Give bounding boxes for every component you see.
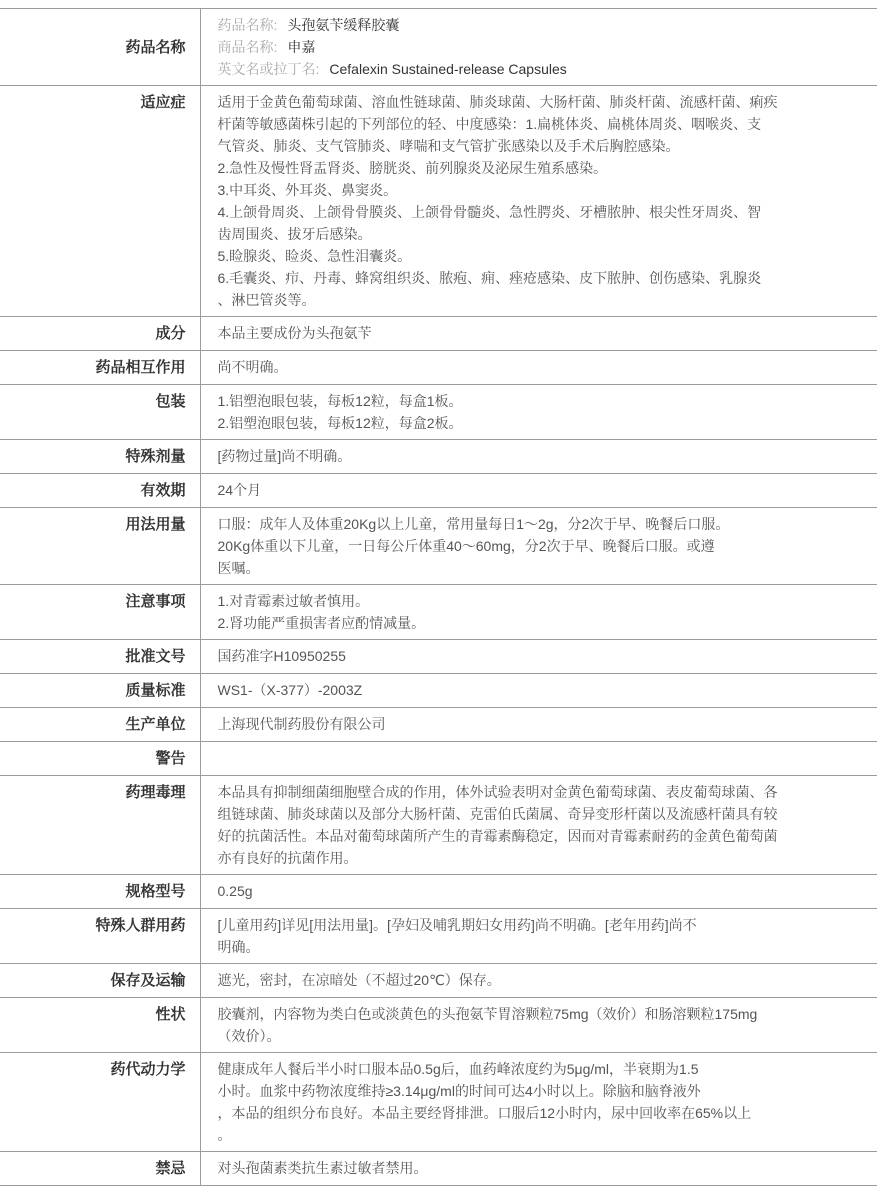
table-row-pharmacokinetics: 药代动力学 健康成年人餐后半小时口服本品0.5g后，血药峰浓度约为5μg/ml，… xyxy=(0,1053,877,1152)
row-label-text: 性状 xyxy=(155,1006,185,1023)
field-label: 商品名称: xyxy=(218,39,278,55)
table-row-indications: 适应症 适用于金黄色葡萄球菌、溶血性链球菌、肺炎球菌、大肠杆菌、肺炎杆菌、流感杆… xyxy=(0,86,877,317)
table-row-drug-interactions: 药品相互作用 尚不明确。 xyxy=(0,351,877,385)
row-content-storage-transport: 遮光，密封，在凉暗处（不超过20℃）保存。 xyxy=(200,964,877,998)
table-row-contraindications: 禁忌 对头孢菌素类抗生素过敏者禁用。 xyxy=(0,1152,877,1186)
row-content-special-dosage: [药物过量]尚不明确。 xyxy=(200,440,877,474)
row-label-text: 包装 xyxy=(155,393,185,410)
field-label: 英文名或拉丁名: xyxy=(218,61,320,77)
row-label-text: 适应症 xyxy=(140,94,185,111)
table-row-pharmacology-toxicology: 药理毒理 本品具有抑制细菌细胞壁合成的作用，体外试验表明对金黄色葡萄球菌、表皮葡… xyxy=(0,776,877,875)
row-content-shelf-life: 24个月 xyxy=(200,474,877,508)
row-label-shelf-life: 有效期 xyxy=(0,474,200,508)
row-label-special-populations: 特殊人群用药 xyxy=(0,909,200,964)
row-label-text: 注意事项 xyxy=(125,593,185,610)
row-content-ingredients: 本品主要成份为头孢氨苄 xyxy=(200,317,877,351)
cell-text: 国药准字H10950255 xyxy=(218,645,852,667)
row-label-drug-name: 药品名称 xyxy=(0,9,200,86)
cell-text: 0.25g xyxy=(218,880,852,902)
cell-text xyxy=(218,747,852,767)
table-row-description: 性状 胶囊剂，内容物为类白色或淡黄色的头孢氨苄胃溶颗粒75mg（效价）和肠溶颗粒… xyxy=(0,998,877,1053)
row-label-text: 禁忌 xyxy=(155,1160,185,1177)
row-label-specification: 规格型号 xyxy=(0,875,200,909)
row-content-pharmacology-toxicology: 本品具有抑制细菌细胞壁合成的作用，体外试验表明对金黄色葡萄球菌、表皮葡萄球菌、各… xyxy=(200,776,877,875)
table-row-ingredients: 成分 本品主要成份为头孢氨苄 xyxy=(0,317,877,351)
table-row-approval-number: 批准文号 国药准字H10950255 xyxy=(0,640,877,674)
row-label-text: 质量标准 xyxy=(125,682,185,699)
cell-text: WS1-（X-377）-2003Z xyxy=(218,679,852,701)
field-generic-name: 药品名称:头孢氨苄缓释胶囊 xyxy=(218,14,852,36)
row-content-warning xyxy=(200,742,877,776)
row-label-storage-transport: 保存及运输 xyxy=(0,964,200,998)
row-content-approval-number: 国药准字H10950255 xyxy=(200,640,877,674)
field-trade-name: 商品名称:申嘉 xyxy=(218,36,852,58)
row-content-dosage-administration: 口服：成年人及体重20Kg以上儿童，常用量每日1～2g，分2次于早、晚餐后口服。… xyxy=(200,508,877,585)
row-label-pharmacology-toxicology: 药理毒理 xyxy=(0,776,200,875)
table-row-specification: 规格型号 0.25g xyxy=(0,875,877,909)
row-label-quality-standard: 质量标准 xyxy=(0,674,200,708)
table-row-precautions: 注意事项 1.对青霉素过敏者慎用。 2.肾功能严重损害者应酌情减量。 xyxy=(0,585,877,640)
cell-text: 1.对青霉素过敏者慎用。 2.肾功能严重损害者应酌情减量。 xyxy=(218,590,852,634)
row-content-drug-name: 药品名称:头孢氨苄缓释胶囊 商品名称:申嘉 英文名或拉丁名:Cefalexin … xyxy=(200,9,877,86)
row-label-text: 药代动力学 xyxy=(110,1061,185,1078)
row-content-indications: 适用于金黄色葡萄球菌、溶血性链球菌、肺炎球菌、大肠杆菌、肺炎杆菌、流感杆菌、痢疾… xyxy=(200,86,877,317)
row-content-specification: 0.25g xyxy=(200,875,877,909)
row-label-special-dosage: 特殊剂量 xyxy=(0,440,200,474)
cell-text: 1.铝塑泡眼包装，每板12粒，每盒1板。 2.铝塑泡眼包装，每板12粒，每盒2板… xyxy=(218,390,852,434)
row-label-text: 用法用量 xyxy=(125,516,185,533)
field-english-name: 英文名或拉丁名:Cefalexin Sustained-release Caps… xyxy=(218,58,852,80)
row-label-indications: 适应症 xyxy=(0,86,200,317)
table-row-drug-name: 药品名称 药品名称:头孢氨苄缓释胶囊 商品名称:申嘉 英文名或拉丁名:Cefal… xyxy=(0,9,877,86)
cell-text: [药物过量]尚不明确。 xyxy=(218,445,852,467)
table-row-storage-transport: 保存及运输 遮光，密封，在凉暗处（不超过20℃）保存。 xyxy=(0,964,877,998)
cell-text: 口服：成年人及体重20Kg以上儿童，常用量每日1～2g，分2次于早、晚餐后口服。… xyxy=(218,513,852,579)
field-value: 申嘉 xyxy=(287,39,315,55)
row-content-pharmacokinetics: 健康成年人餐后半小时口服本品0.5g后，血药峰浓度约为5μg/ml，半衰期为1.… xyxy=(200,1053,877,1152)
cell-text: 24个月 xyxy=(218,479,852,501)
field-value: Cefalexin Sustained-release Capsules xyxy=(329,61,566,77)
row-label-text: 警告 xyxy=(155,750,185,767)
table-row-manufacturer: 生产单位 上海现代制药股份有限公司 xyxy=(0,708,877,742)
cell-text: 本品具有抑制细菌细胞壁合成的作用，体外试验表明对金黄色葡萄球菌、表皮葡萄球菌、各… xyxy=(218,781,852,869)
cell-text: 健康成年人餐后半小时口服本品0.5g后，血药峰浓度约为5μg/ml，半衰期为1.… xyxy=(218,1058,852,1146)
row-label-warning: 警告 xyxy=(0,742,200,776)
field-label: 药品名称: xyxy=(218,17,278,33)
row-label-description: 性状 xyxy=(0,998,200,1053)
row-label-pharmacokinetics: 药代动力学 xyxy=(0,1053,200,1152)
cell-text: 本品主要成份为头孢氨苄 xyxy=(218,322,852,344)
row-label-packaging: 包装 xyxy=(0,385,200,440)
row-label-text: 生产单位 xyxy=(125,716,185,733)
row-content-precautions: 1.对青霉素过敏者慎用。 2.肾功能严重损害者应酌情减量。 xyxy=(200,585,877,640)
row-content-contraindications: 对头孢菌素类抗生素过敏者禁用。 xyxy=(200,1152,877,1186)
row-label-text: 保存及运输 xyxy=(110,972,185,989)
row-label-text: 成分 xyxy=(155,325,185,342)
row-label-text: 有效期 xyxy=(140,482,185,499)
table-row-packaging: 包装 1.铝塑泡眼包装，每板12粒，每盒1板。 2.铝塑泡眼包装，每板12粒，每… xyxy=(0,385,877,440)
table-row-quality-standard: 质量标准 WS1-（X-377）-2003Z xyxy=(0,674,877,708)
row-label-contraindications: 禁忌 xyxy=(0,1152,200,1186)
row-label-text: 药品相互作用 xyxy=(95,359,185,376)
table-row-special-populations: 特殊人群用药 [儿童用药]详见[用法用量]。[孕妇及哺乳期妇女用药]尚不明确。[… xyxy=(0,909,877,964)
row-label-manufacturer: 生产单位 xyxy=(0,708,200,742)
cell-text: 胶囊剂，内容物为类白色或淡黄色的头孢氨苄胃溶颗粒75mg（效价）和肠溶颗粒175… xyxy=(218,1003,852,1047)
field-value: 头孢氨苄缓释胶囊 xyxy=(287,17,399,33)
row-content-drug-interactions: 尚不明确。 xyxy=(200,351,877,385)
drug-info-table: 药品名称 药品名称:头孢氨苄缓释胶囊 商品名称:申嘉 英文名或拉丁名:Cefal… xyxy=(0,8,877,1186)
row-label-text: 规格型号 xyxy=(125,883,185,900)
cell-text: [儿童用药]详见[用法用量]。[孕妇及哺乳期妇女用药]尚不明确。[老年用药]尚不… xyxy=(218,914,852,958)
row-label-dosage-administration: 用法用量 xyxy=(0,508,200,585)
table-row-shelf-life: 有效期 24个月 xyxy=(0,474,877,508)
cell-text: 尚不明确。 xyxy=(218,356,852,378)
cell-text: 适用于金黄色葡萄球菌、溶血性链球菌、肺炎球菌、大肠杆菌、肺炎杆菌、流感杆菌、痢疾… xyxy=(218,91,852,311)
row-label-text: 药理毒理 xyxy=(125,784,185,801)
row-label-text: 特殊剂量 xyxy=(125,448,185,465)
cell-text: 上海现代制药股份有限公司 xyxy=(218,713,852,735)
row-label-ingredients: 成分 xyxy=(0,317,200,351)
table-row-special-dosage: 特殊剂量 [药物过量]尚不明确。 xyxy=(0,440,877,474)
row-content-description: 胶囊剂，内容物为类白色或淡黄色的头孢氨苄胃溶颗粒75mg（效价）和肠溶颗粒175… xyxy=(200,998,877,1053)
row-label-text: 药品名称 xyxy=(125,39,185,56)
row-content-special-populations: [儿童用药]详见[用法用量]。[孕妇及哺乳期妇女用药]尚不明确。[老年用药]尚不… xyxy=(200,909,877,964)
row-content-quality-standard: WS1-（X-377）-2003Z xyxy=(200,674,877,708)
cell-text: 对头孢菌素类抗生素过敏者禁用。 xyxy=(218,1157,852,1179)
row-content-packaging: 1.铝塑泡眼包装，每板12粒，每盒1板。 2.铝塑泡眼包装，每板12粒，每盒2板… xyxy=(200,385,877,440)
row-content-manufacturer: 上海现代制药股份有限公司 xyxy=(200,708,877,742)
row-label-text: 批准文号 xyxy=(125,648,185,665)
row-label-precautions: 注意事项 xyxy=(0,585,200,640)
row-label-approval-number: 批准文号 xyxy=(0,640,200,674)
table-row-warning: 警告 xyxy=(0,742,877,776)
row-label-drug-interactions: 药品相互作用 xyxy=(0,351,200,385)
cell-text: 遮光，密封，在凉暗处（不超过20℃）保存。 xyxy=(218,969,852,991)
row-label-text: 特殊人群用药 xyxy=(95,917,185,934)
table-row-dosage-administration: 用法用量 口服：成年人及体重20Kg以上儿童，常用量每日1～2g，分2次于早、晚… xyxy=(0,508,877,585)
